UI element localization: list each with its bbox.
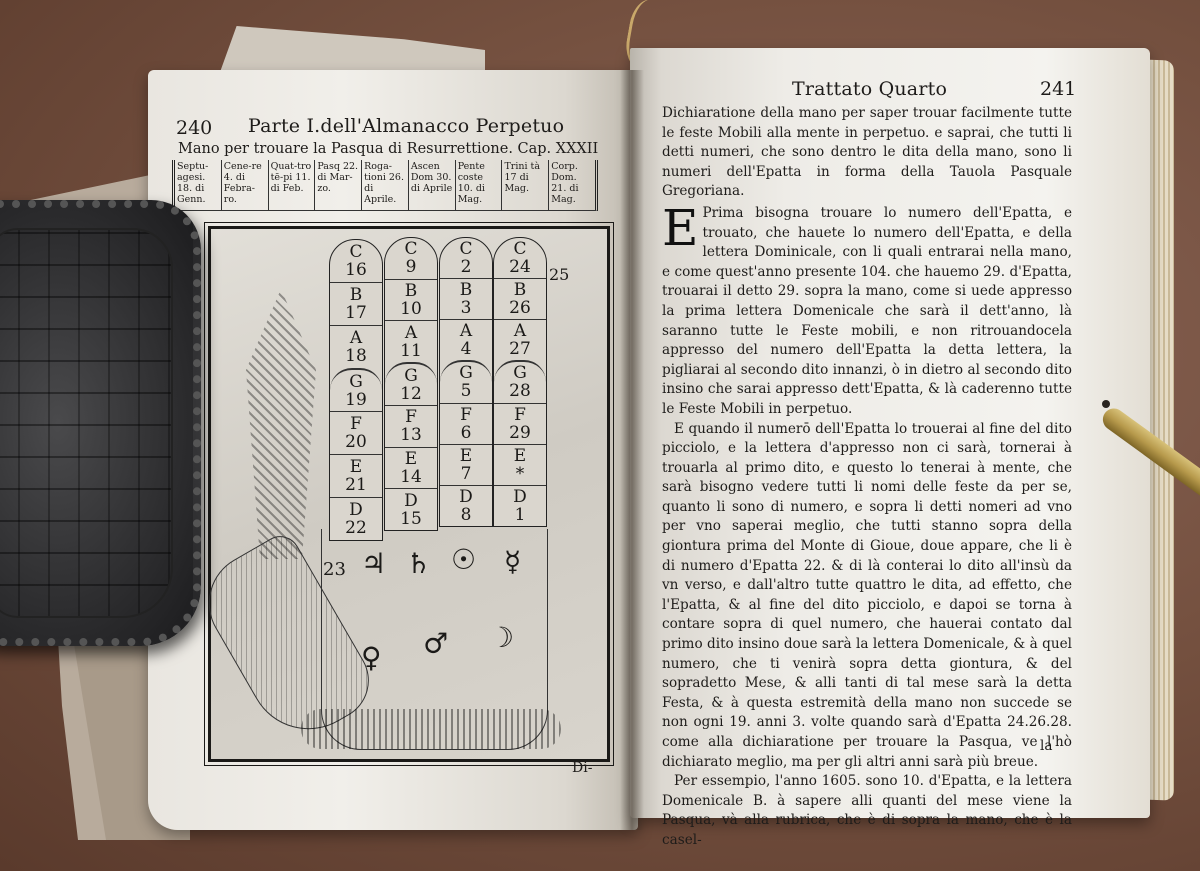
saturn-symbol-icon: ♄ [406, 547, 431, 580]
feast-col-pentecoste: Pente coste 10. di Mag. [456, 160, 503, 210]
thumb-number-23: 23 [323, 559, 346, 580]
paragraph-1: EPrima bisogna trouare lo numero dell'Ep… [662, 204, 1072, 420]
left-running-head: Parte I.dell'Almanacco Perpetuo [248, 115, 564, 137]
margin-number-25: 25 [549, 265, 569, 284]
feast-col-quattro-tempi: Quat-tro tē-pi 11. di Feb. [269, 160, 316, 210]
left-subheading: Mano per trouare la Pasqua di Resurretti… [178, 141, 598, 157]
left-catchword: Di- [572, 760, 592, 776]
left-page-number: 240 [176, 117, 212, 139]
paragraph-3: Per essempio, l'anno 1605. sono 10. d'Ep… [662, 772, 1072, 850]
mercury-symbol-icon: ☿ [504, 545, 521, 578]
paragraph-2: E quando il numerō dell'Epatta lo trouer… [662, 420, 1072, 773]
feast-col-pasqua: Pasq 22. di Mar-zo. [315, 160, 362, 210]
feast-col-trinita: Trini tà 17 di Mag. [502, 160, 549, 210]
feast-col-ascensione: Ascen Dom 30. di Aprile [409, 160, 456, 210]
drop-cap: E [662, 208, 699, 248]
finger-ring: C2 B3 A4 G5 F6 E7 D8 [439, 237, 493, 527]
feast-col-rogationi: Roga-tioni 26. di Aprile. [362, 160, 409, 210]
venus-symbol-icon: ♀ [361, 641, 381, 674]
book-gutter [620, 70, 644, 830]
moon-symbol-icon: ☽ [489, 621, 514, 654]
hand-woodcut-diagram: C16 B17 A18 G19 F20 E21 D22 C9 B10 A11 G… [208, 226, 610, 762]
right-page-body: Dichiaratione della mano per saper troua… [662, 104, 1072, 851]
pencil-tip [1102, 400, 1110, 408]
right-running-head: Trattato Quarto [792, 78, 947, 100]
intro-paragraph: Dichiaratione della mano per saper troua… [662, 104, 1072, 202]
feast-col-septuagesima: Septu-agesi. 18. di Genn. [175, 160, 222, 210]
laurel-branch-illustration [246, 289, 316, 559]
right-page-number: 241 [1040, 78, 1076, 100]
feast-col-corpus-domini: Corp. Dom. 21. di Mag. [549, 160, 595, 210]
jupiter-symbol-icon: ♃ [361, 547, 386, 580]
finger-little: C24 B26 A27 G28 F29 E* D1 [493, 237, 547, 527]
sun-symbol-icon: ☉ [451, 543, 476, 576]
metal-buckle-weight [0, 200, 201, 646]
mars-symbol-icon: ♂ [423, 627, 448, 660]
wrist-hatching [301, 709, 561, 749]
feast-col-ceneri: Cene-re 4. di Febra-ro. [222, 160, 269, 210]
finger-middle: C9 B10 A11 G12 F13 E14 D15 [384, 237, 438, 531]
finger-index: C16 B17 A18 G19 F20 E21 D22 [329, 239, 383, 541]
feast-table: Septu-agesi. 18. di Genn. Cene-re 4. di … [172, 160, 598, 211]
right-catchword: la [1040, 738, 1052, 754]
